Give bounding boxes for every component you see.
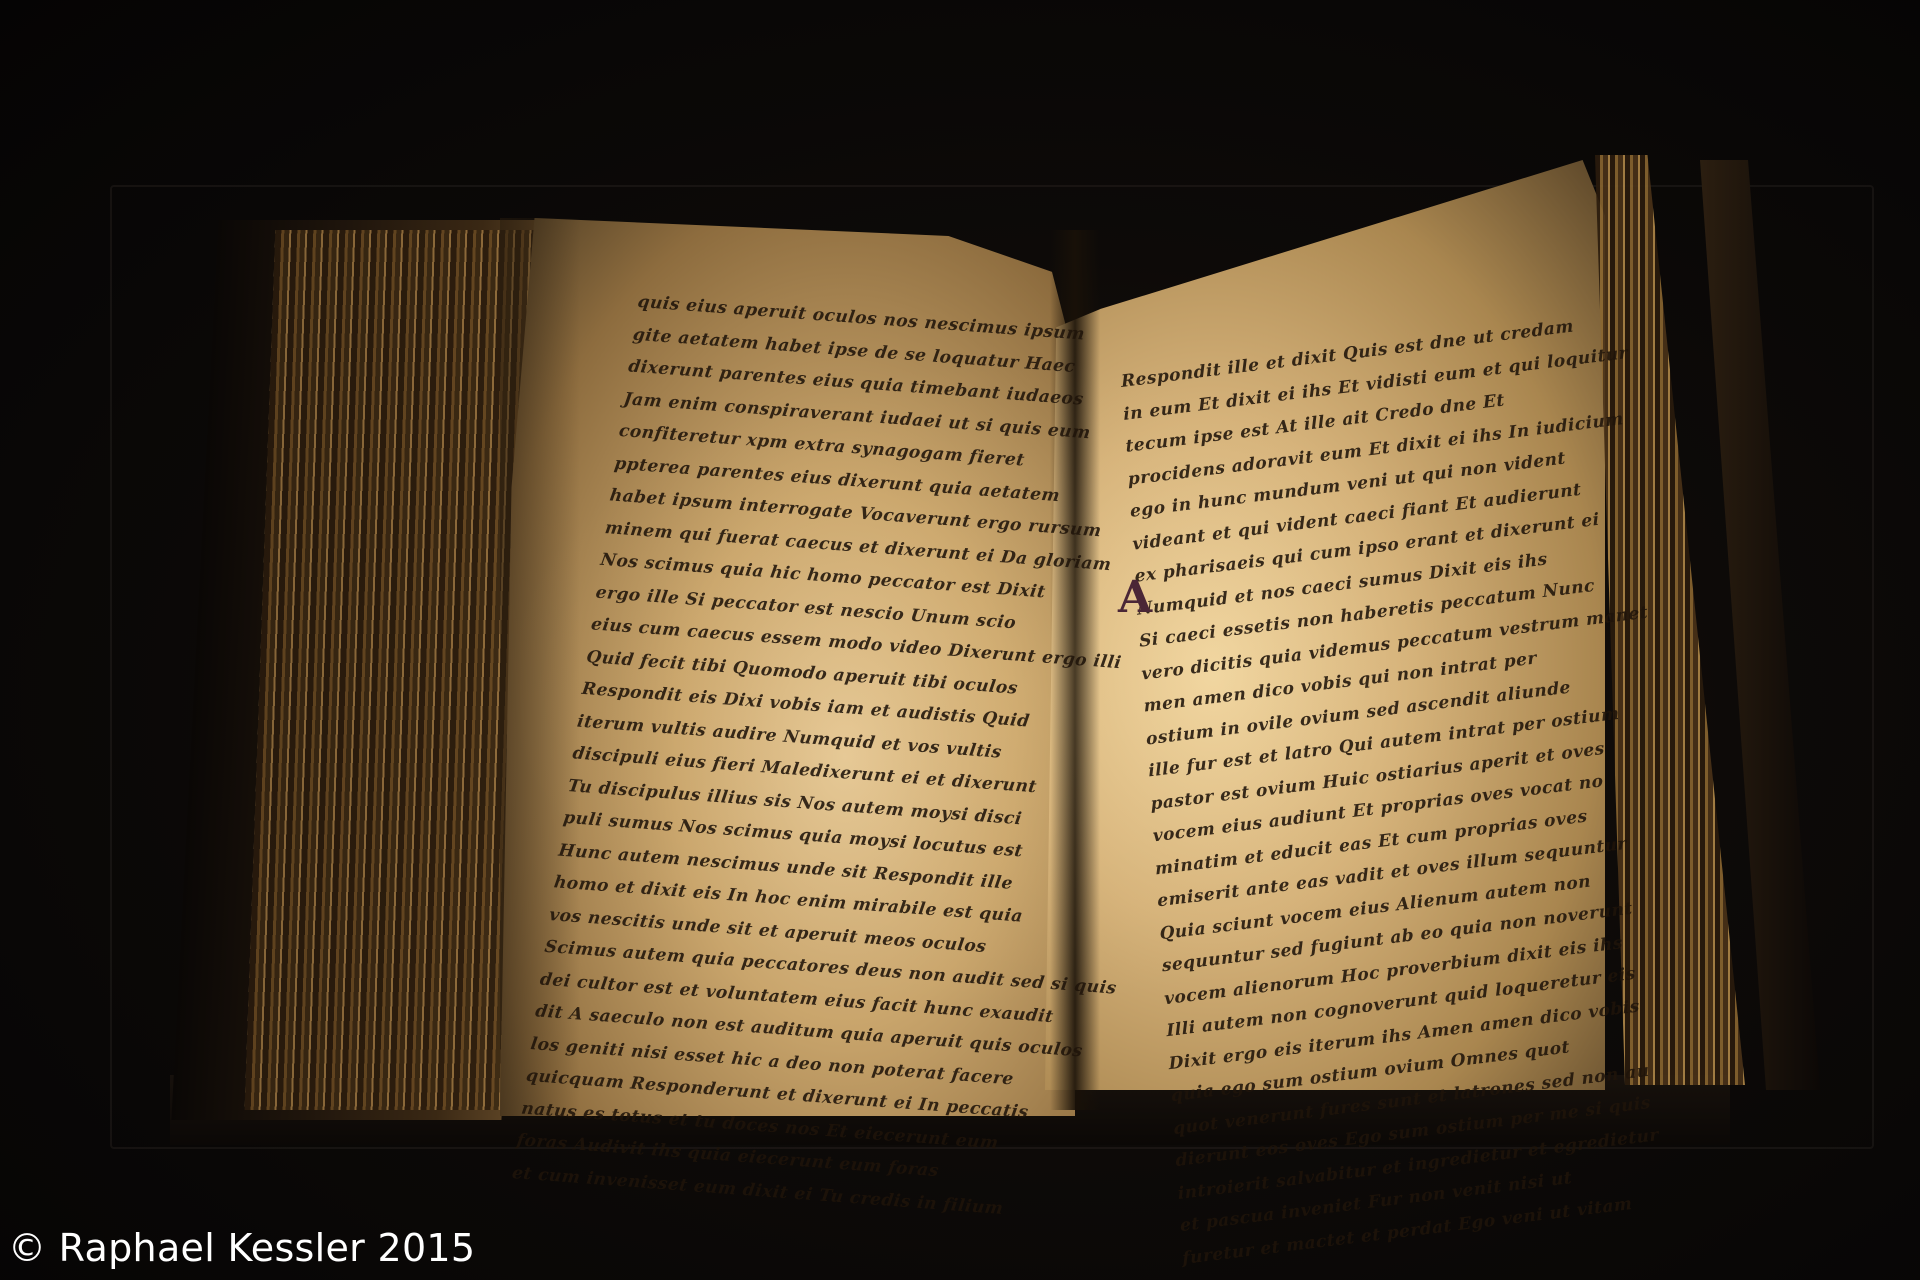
right-page-text: Respondit ille et dixit Quis est dne ut … [1120,304,1690,1275]
copyright-watermark: © Raphael Kessler 2015 [8,1226,475,1270]
illuminated-initial: A [1118,572,1152,623]
photo-scene: quis eius aperuit oculos nos nescimus ip… [0,0,1920,1280]
